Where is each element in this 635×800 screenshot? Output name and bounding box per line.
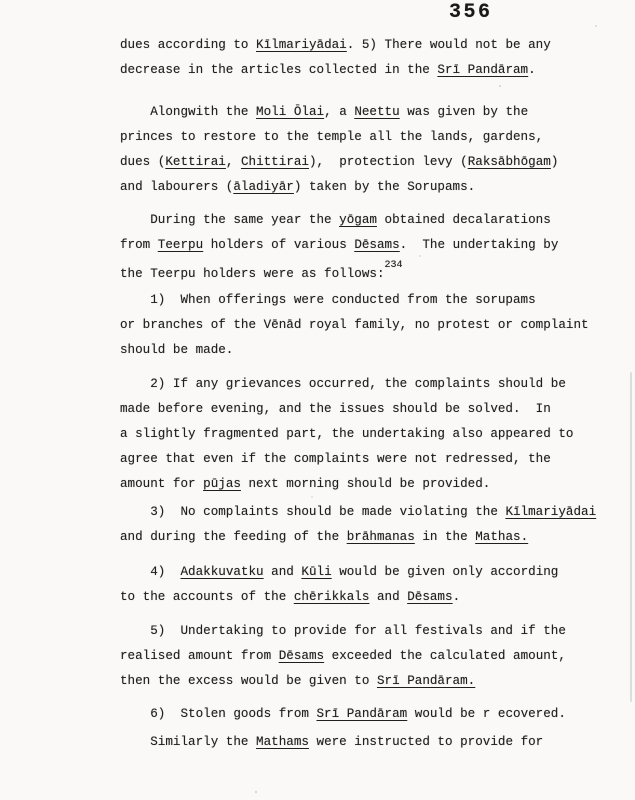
text-line: should be made. [120,338,597,363]
text-line: 4) Adakkuvatku and Kūli would be given o… [120,560,597,585]
text-line: 5) Undertaking to provide for all festiv… [120,619,597,644]
text-line: and labourers (āladiyār) taken by the So… [120,175,597,200]
text-line: 6) Stolen goods from Srī Pandāram would … [120,702,597,727]
scanned-page: { "page": { "number": "356" }, "content"… [0,0,635,800]
closing-paragraph: Similarly the Mathams were instructed to… [120,730,597,755]
text-line: During the same year the yōgam obtained … [120,208,597,233]
text-line: Alongwith the Moli Ōlai, a Neettu was gi… [120,100,597,125]
page-body: dues according to Kīlmariyādai. 5) There… [0,0,635,755]
text-line: 3) No complaints should be made violatin… [120,500,597,525]
continuation-paragraph: dues according to Kīlmariyādai. 5) There… [120,33,597,83]
text-line: to the accounts of the chērikkals and Dē… [120,585,597,610]
text-line: then the excess would be given to Srī Pa… [120,669,597,694]
text-line: princes to restore to the temple all the… [120,125,597,150]
text-line: the Teerpu holders were as follows:234 [120,258,597,287]
text-line: made before evening, and the issues shou… [120,397,597,422]
text-line: from Teerpu holders of various Dēsams. T… [120,233,597,258]
text-line: realised amount from Dēsams exceeded the… [120,644,597,669]
text-line: dues (Kettirai, Chittirai), protection l… [120,150,597,175]
neettu-paragraph: Alongwith the Moli Ōlai, a Neettu was gi… [120,100,597,200]
undertaking-item-6: 6) Stolen goods from Srī Pandāram would … [120,702,597,727]
text-line: dues according to Kīlmariyādai. 5) There… [120,33,597,58]
undertaking-item-4: 4) Adakkuvatku and Kūli would be given o… [120,560,597,610]
undertaking-item-2: 2) If any grievances occurred, the compl… [120,372,597,497]
text-line: amount for pūjas next morning should be … [120,472,597,497]
text-line: Similarly the Mathams were instructed to… [120,730,597,755]
text-line: 1) When offerings were conducted from th… [120,288,597,313]
undertaking-item-1: 1) When offerings were conducted from th… [120,288,597,363]
undertaking-item-5: 5) Undertaking to provide for all festiv… [120,619,597,694]
yogam-declarations-paragraph: During the same year the yōgam obtained … [120,208,597,287]
undertaking-item-3: 3) No complaints should be made violatin… [120,500,597,550]
text-line: a slightly fragmented part, the undertak… [120,422,597,447]
footnote-reference: 234 [385,260,403,271]
text-line: or branches of the Vēnād royal family, n… [120,313,597,338]
text-line: decrease in the articles collected in th… [120,58,597,83]
text-line: agree that even if the complaints were n… [120,447,597,472]
text-line: 2) If any grievances occurred, the compl… [120,372,597,397]
text-line: and during the feeding of the brāhmanas … [120,525,597,550]
